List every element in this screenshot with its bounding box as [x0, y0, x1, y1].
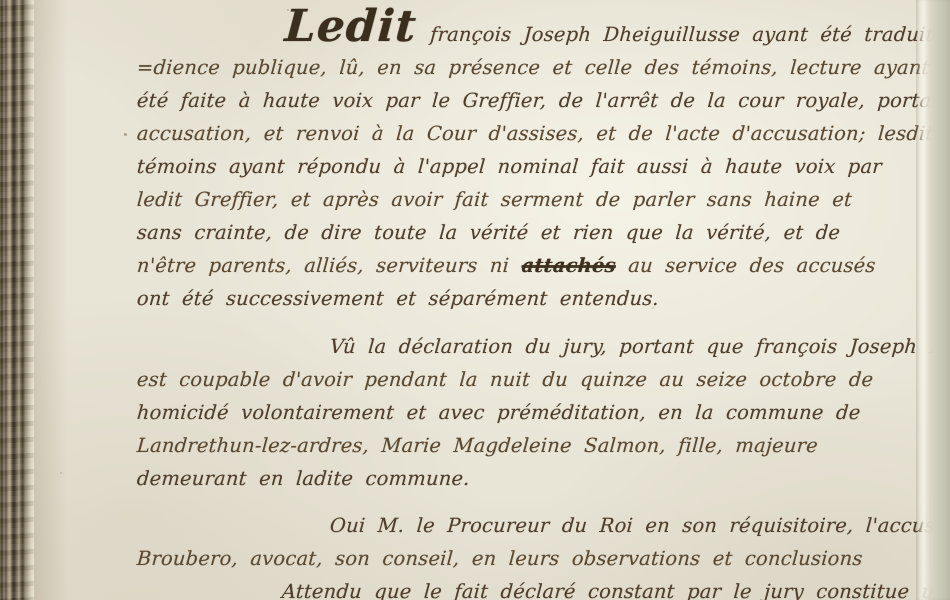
paragraph-attendu: Attendu que le fait déclaré constant par…	[137, 575, 950, 600]
line-text: françois Joseph Dheiguillusse ayant été …	[429, 23, 950, 46]
line-text: au service des accusés	[615, 254, 876, 277]
page-edge-right	[916, 0, 950, 600]
book-binding	[0, 0, 34, 600]
line-text: n'être parents, alliés, serviteurs ni	[136, 254, 522, 277]
manuscript-page-photo: Leditfrançois Joseph Dheiguillusse ayant…	[0, 0, 950, 600]
opening-word: Ledit	[283, 1, 418, 52]
paragraph-audience: Leditfrançois Joseph Dheiguillusse ayant…	[137, 3, 950, 315]
manuscript-line: accusation, et renvoi à la Cour d'assise…	[136, 117, 950, 150]
manuscript-line: demeurant en ladite commune.	[136, 462, 950, 495]
manuscript-line: ont été successivement et séparément ent…	[136, 282, 950, 315]
manuscript-line: Landrethun-lez-ardres, Marie Magdeleine …	[136, 429, 950, 462]
manuscript-line: témoins ayant répondu à l'appel nominal …	[136, 150, 950, 183]
paragraph-procureur: Oui M. le Procureur du Roi en son réquis…	[137, 509, 950, 575]
manuscript-line: Oui M. le Procureur du Roi en son réquis…	[329, 509, 950, 542]
manuscript-text: Leditfrançois Joseph Dheiguillusse ayant…	[137, 0, 950, 600]
manuscript-line: sans crainte, de dire toute la vérité et…	[136, 216, 950, 249]
ink-speck	[60, 472, 62, 474]
manuscript-line: Broubero, avocat, son conseil, en leurs …	[136, 542, 950, 575]
manuscript-line: n'être parents, alliés, serviteurs ni at…	[136, 249, 950, 282]
paragraph-declaration-jury: Vû la déclaration du jury, portant que f…	[137, 330, 950, 495]
manuscript-line: Vû la déclaration du jury, portant que f…	[329, 330, 950, 363]
manuscript-line: homicidé volontairement et avec prémédit…	[136, 396, 950, 429]
manuscript-line: Leditfrançois Joseph Dheiguillusse ayant…	[283, 3, 950, 51]
binding-shadow	[34, 0, 68, 600]
crossed-out-word: attachés	[521, 254, 617, 277]
manuscript-line: Attendu que le fait déclaré constant par…	[281, 575, 950, 600]
manuscript-line: est coupable d'avoir pendant la nuit du …	[136, 363, 950, 396]
manuscript-line: été faite à haute voix par le Greffier, …	[136, 84, 950, 117]
manuscript-line: =dience publique, lû, en sa présence et …	[136, 51, 950, 84]
manuscript-line: ledit Greffier, et après avoir fait serm…	[136, 183, 950, 216]
ink-speck	[124, 133, 127, 136]
